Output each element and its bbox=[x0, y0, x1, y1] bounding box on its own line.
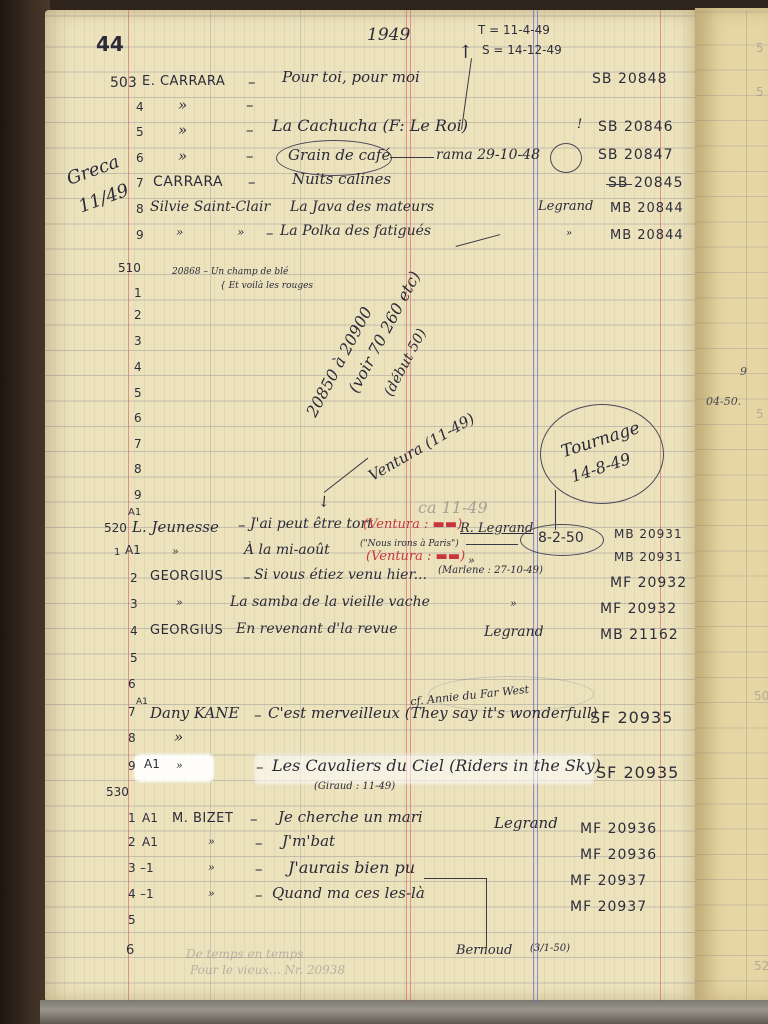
artist-ditto: » bbox=[208, 862, 215, 873]
separator: – bbox=[255, 888, 263, 903]
faint-note: Pour le vieux... Nr. 20938 bbox=[190, 964, 345, 976]
column-line bbox=[210, 10, 211, 1002]
artist-ditto: » bbox=[178, 149, 187, 164]
artist-name: GEORGIUS bbox=[150, 570, 223, 583]
artist-ditto: » bbox=[176, 597, 183, 608]
catalog-number: SB 20847 bbox=[598, 148, 673, 162]
facing-margin-note: 04-50. bbox=[706, 396, 741, 407]
row-number: 5 bbox=[136, 126, 144, 138]
year-label: 1949 bbox=[367, 27, 410, 44]
artist-name: E. CARRARA bbox=[142, 75, 225, 88]
row-number: 8 bbox=[128, 732, 136, 744]
song-title: Nuits calines bbox=[292, 172, 391, 187]
arrow-up-icon: ↑ bbox=[458, 44, 473, 62]
sub-note: { Et voilà les rouges bbox=[220, 282, 313, 291]
row-number: 503 bbox=[110, 76, 137, 90]
side-note: rama 29-10-48 bbox=[436, 148, 540, 162]
row-number: 7 bbox=[128, 706, 136, 718]
artist-ditto: » bbox=[208, 836, 215, 847]
page-number: 44 bbox=[96, 34, 124, 54]
composer-ditto: » bbox=[510, 598, 517, 609]
tournage-circle bbox=[540, 404, 664, 504]
row-number: 6 bbox=[136, 152, 144, 164]
header-note-t: T = 11-4-49 bbox=[478, 24, 550, 36]
catalog-number: MB 20931 bbox=[614, 528, 683, 540]
red-annotation: (Ventura : ▬▬) bbox=[363, 518, 462, 531]
margin-line bbox=[406, 10, 407, 1002]
row-number: 4 bbox=[130, 625, 138, 637]
below-note: (Giraud : 11-49) bbox=[314, 782, 395, 792]
row-number: 5 bbox=[128, 914, 136, 926]
row-number: 520 bbox=[104, 522, 127, 534]
catalog-number: MF 20932 bbox=[600, 602, 677, 616]
song-title: La Polka des fatigués bbox=[280, 224, 431, 238]
catalog-number: MF 20936 bbox=[580, 848, 657, 862]
composer-ditto: » bbox=[566, 229, 572, 239]
separator: – bbox=[250, 812, 258, 827]
arrow-line bbox=[466, 544, 518, 545]
artist-ditto: » bbox=[176, 760, 183, 771]
song-title: J'ai peut être tort bbox=[250, 517, 373, 531]
row-number: 1 bbox=[114, 548, 120, 558]
row-number: 6 bbox=[126, 944, 134, 957]
grade-mark: A1 bbox=[136, 698, 148, 707]
separator: – bbox=[266, 226, 274, 241]
song-title: Les Cavaliers du Ciel (Riders in the Sky… bbox=[272, 758, 601, 774]
catalog-number: MB 20844 bbox=[610, 229, 684, 242]
margin-line bbox=[746, 10, 747, 1002]
row-number: 7 bbox=[134, 438, 142, 450]
catalog-number: MF 20937 bbox=[570, 900, 647, 914]
artist-ditto: » bbox=[172, 546, 179, 557]
row-number: 2 bbox=[128, 836, 136, 848]
separator: – bbox=[248, 175, 256, 190]
song-title: En revenant d'la revue bbox=[236, 622, 398, 636]
grade-mark: A1 bbox=[128, 508, 141, 518]
exclamation-mark: ! bbox=[577, 118, 582, 131]
facing-row-number: 5 bbox=[756, 86, 764, 98]
row-number: 9 bbox=[128, 760, 136, 772]
facing-row-number: 5 bbox=[756, 42, 764, 54]
catalog-number: SB 20846 bbox=[598, 120, 673, 134]
song-title: Grain de café bbox=[288, 148, 390, 163]
bottom-note: Bernoud bbox=[456, 944, 512, 957]
row-number: 2 bbox=[134, 309, 142, 321]
red-annotation: (Ventura : ▬▬) bbox=[366, 550, 465, 563]
row-number: 3 bbox=[130, 598, 138, 610]
song-title: Je cherche un mari bbox=[278, 810, 423, 825]
separator: – bbox=[255, 836, 263, 851]
facing-row-number: 52 bbox=[754, 960, 768, 972]
row-number: 4 bbox=[134, 361, 142, 373]
marlene-note: (Marlene : 27-10-49) bbox=[438, 566, 543, 576]
row-number: 3 bbox=[134, 335, 142, 347]
row-number: 510 bbox=[118, 262, 141, 274]
row-number: 7 bbox=[136, 177, 144, 189]
artist-name: GEORGIUS bbox=[150, 624, 223, 637]
grade-mark: A1 bbox=[142, 812, 158, 824]
composer: Legrand bbox=[484, 625, 544, 639]
row-number: 5 bbox=[130, 652, 138, 664]
song-title: C'est merveilleux (They say it's wonderf… bbox=[268, 706, 598, 721]
row-number: 530 bbox=[106, 786, 129, 798]
alt-title-note: ("Nous irons à Paris") bbox=[360, 540, 459, 549]
artist-name: Dany KANE bbox=[150, 706, 239, 721]
separator: – bbox=[246, 149, 254, 164]
grade-mark: A1 bbox=[125, 544, 141, 556]
artist-name: CARRARA bbox=[153, 175, 223, 189]
bracket-line bbox=[424, 878, 486, 879]
margin-line bbox=[128, 10, 129, 1002]
catalog-number: MB 20931 bbox=[614, 551, 683, 563]
song-title: La Java des mateurs bbox=[290, 200, 434, 214]
facing-row-number: 5 bbox=[756, 408, 764, 420]
catalog-number: MF 20937 bbox=[570, 874, 647, 888]
song-title: La samba de la vieille vache bbox=[230, 595, 430, 609]
song-title: J'm'bat bbox=[282, 834, 335, 849]
separator: – bbox=[246, 123, 254, 138]
song-title: J'aurais bien pu bbox=[288, 860, 415, 876]
row-number: 9 bbox=[136, 229, 144, 241]
facing-margin-number: 9 bbox=[740, 366, 747, 377]
catalog-number-struck: SB 20845 bbox=[608, 176, 683, 190]
row-number: 8 bbox=[136, 203, 144, 215]
composer: Legrand bbox=[494, 816, 558, 831]
row-number: 4 bbox=[128, 888, 136, 900]
circle-mark bbox=[550, 143, 582, 173]
separator: – bbox=[255, 862, 263, 877]
song-title: Pour toi, pour moi bbox=[282, 70, 420, 85]
row-number: 5 bbox=[134, 387, 142, 399]
artist-ditto: » bbox=[174, 730, 183, 745]
row-number: 2 bbox=[130, 572, 138, 584]
song-title: Quand ma ces les-là bbox=[272, 886, 425, 901]
faint-note: De temps en temps bbox=[186, 948, 303, 960]
song-title: La Cachucha (F: Le Roi) bbox=[272, 118, 468, 134]
catalog-number: MB 21162 bbox=[600, 628, 679, 642]
strikethrough bbox=[606, 184, 632, 185]
connector-line bbox=[390, 157, 434, 158]
separator: – bbox=[246, 98, 254, 113]
facing-page bbox=[695, 8, 768, 1002]
row-number: 1 bbox=[128, 812, 136, 824]
catalog-number: SF 20935 bbox=[590, 710, 673, 726]
catalog-number: MF 20932 bbox=[610, 576, 687, 590]
catalog-number: MF 20936 bbox=[580, 822, 657, 836]
margin-line bbox=[410, 10, 411, 1002]
row-number: 8 bbox=[134, 463, 142, 475]
row-number: 4 bbox=[136, 101, 144, 113]
catalog-number: MB 20844 bbox=[610, 202, 684, 215]
facing-row-number: 50 bbox=[754, 690, 768, 702]
artist-ditto: » bbox=[178, 123, 187, 138]
bottom-note-date: (3/1-50) bbox=[530, 944, 570, 954]
separator: – bbox=[254, 708, 262, 723]
song-title: Si vous étiez venu hier... bbox=[254, 568, 427, 582]
grade-mark: –1 bbox=[140, 888, 154, 900]
artist-name: Silvie Saint-Clair bbox=[150, 200, 270, 214]
song-title: À la mi-août bbox=[244, 543, 330, 557]
circled-date: 8-2-50 bbox=[538, 531, 584, 545]
grade-mark: –1 bbox=[140, 862, 154, 874]
row-number: 6 bbox=[134, 412, 142, 424]
composer: Legrand bbox=[538, 200, 593, 213]
artist-ditto: » bbox=[208, 888, 215, 899]
artist-ditto: » bbox=[178, 98, 187, 113]
separator: – bbox=[238, 518, 246, 533]
catalog-number: SB 20848 bbox=[592, 72, 667, 86]
grey-date-note: ca 11-49 bbox=[418, 500, 488, 516]
row-number: 6 bbox=[128, 678, 136, 690]
bracket-line bbox=[486, 878, 487, 948]
grade-mark: A1 bbox=[142, 836, 158, 848]
row-number: 3 bbox=[128, 862, 136, 874]
grade-mark: A1 bbox=[144, 758, 160, 770]
background-table bbox=[0, 0, 50, 1024]
catalog-number: SF 20935 bbox=[596, 765, 679, 781]
sub-note: 20868 – Un champ de blé bbox=[172, 268, 288, 277]
separator: – bbox=[256, 760, 264, 775]
row-number: 9 bbox=[134, 489, 142, 501]
artist-name: L. Jeunesse bbox=[132, 520, 219, 535]
header-note-s: S = 14-12-49 bbox=[482, 44, 562, 56]
artist-ditto: » » bbox=[176, 226, 245, 238]
separator: – bbox=[248, 75, 256, 90]
artist-name: M. BIZET bbox=[172, 812, 233, 825]
separator: – bbox=[243, 570, 251, 585]
page-edge-bottom bbox=[40, 1000, 768, 1024]
row-number: 1 bbox=[134, 287, 142, 299]
